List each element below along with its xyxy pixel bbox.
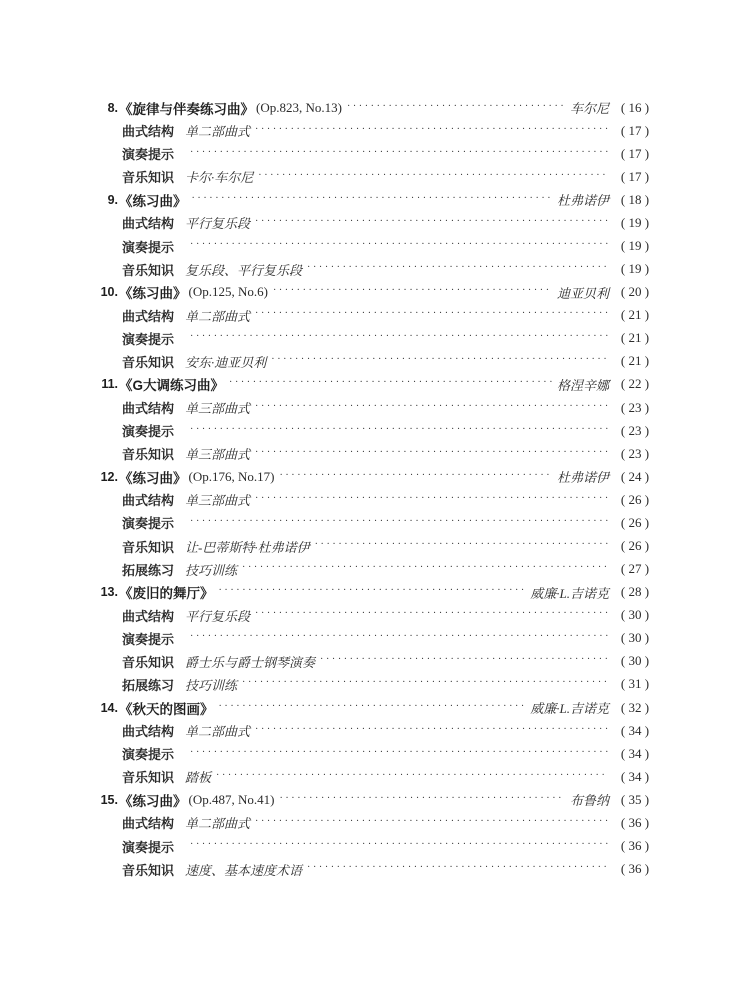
dot-leader	[190, 240, 608, 250]
subitem-value: 单二部曲式	[185, 813, 250, 832]
subitem-page: 17	[613, 123, 657, 139]
subitem-page: 26	[613, 492, 657, 508]
dot-leader	[242, 678, 608, 688]
toc-sub-row: 曲式结构单二部曲式21	[100, 304, 657, 327]
entry-opus: (Op.176, No.17)	[189, 469, 275, 485]
toc-sub-row: 曲式结构单二部曲式36	[100, 811, 657, 834]
dot-leader	[255, 448, 608, 458]
subitem-label: 曲式结构	[122, 121, 174, 140]
entry-opus: (Op.125, No.6)	[189, 284, 268, 300]
subitem-page: 31	[613, 676, 657, 692]
toc-sub-row: 拓展练习技巧训练31	[100, 673, 657, 696]
subitem-label: 演奏提示	[122, 329, 174, 348]
subitem-page: 17	[613, 169, 657, 185]
dot-leader	[190, 425, 608, 435]
subitem-page: 23	[613, 423, 657, 439]
toc-entry-row: 10.《练习曲》(Op.125, No.6)迪亚贝利20	[100, 281, 657, 304]
subitem-label: 曲式结构	[122, 213, 174, 232]
toc-sub-row: 演奏提示26	[100, 511, 657, 534]
entry-author: 车尔尼	[570, 98, 609, 117]
subitem-value: 平行复乐段	[185, 213, 250, 232]
toc-entry-row: 8.《旋律与伴奏练习曲》(Op.823, No.13)车尔尼16	[100, 96, 657, 119]
subitem-value: 技巧训练	[185, 560, 237, 579]
toc-entry-row: 15.《练习曲》(Op.487, No.41)布鲁纳35	[100, 788, 657, 811]
subitem-page: 19	[613, 238, 657, 254]
subitem-page: 36	[613, 815, 657, 831]
entry-title: 《秋天的图画》	[119, 698, 214, 718]
toc-sub-row: 演奏提示34	[100, 742, 657, 765]
subitem-page: 30	[613, 653, 657, 669]
subitem-value: 爵士乐与爵士钢琴演奏	[185, 652, 315, 671]
dot-leader	[190, 517, 608, 527]
entry-number: 12.	[100, 470, 118, 484]
dot-leader	[307, 863, 608, 873]
toc-sub-row: 曲式结构单二部曲式34	[100, 719, 657, 742]
subitem-value: 踏板	[185, 767, 211, 786]
subitem-label: 拓展练习	[122, 675, 174, 694]
toc-sub-row: 演奏提示17	[100, 142, 657, 165]
subitem-label: 曲式结构	[122, 721, 174, 740]
subitem-page: 36	[613, 861, 657, 877]
entry-title: 《废旧的舞厅》	[119, 582, 214, 602]
entry-author: 威廉·L.吉诺克	[530, 583, 609, 602]
dot-leader	[190, 632, 608, 642]
entry-number: 14.	[100, 701, 118, 715]
subitem-page: 23	[613, 400, 657, 416]
entry-page: 32	[613, 700, 657, 716]
entry-opus: (Op.487, No.41)	[189, 792, 275, 808]
toc-sub-row: 演奏提示19	[100, 234, 657, 257]
subitem-label: 曲式结构	[122, 490, 174, 509]
entry-number: 11.	[100, 377, 118, 391]
subitem-label: 音乐知识	[122, 352, 174, 371]
entry-page: 24	[613, 469, 657, 485]
dot-leader	[255, 494, 608, 504]
toc-sub-row: 音乐知识让-巴蒂斯特·杜弗诺伊26	[100, 534, 657, 557]
subitem-label: 拓展练习	[122, 560, 174, 579]
subitem-label: 音乐知识	[122, 652, 174, 671]
subitem-page: 34	[613, 769, 657, 785]
entry-title: 《练习曲》	[119, 790, 187, 810]
subitem-value: 单二部曲式	[185, 121, 250, 140]
subitem-value: 卡尔·车尔尼	[185, 167, 253, 186]
dot-leader	[347, 102, 565, 112]
subitem-page: 21	[613, 330, 657, 346]
toc-entry-row: 12.《练习曲》(Op.176, No.17)杜弗诺伊24	[100, 465, 657, 488]
entry-number: 8.	[100, 101, 118, 115]
subitem-label: 曲式结构	[122, 606, 174, 625]
entry-title: 《练习曲》	[119, 467, 187, 487]
subitem-page: 21	[613, 307, 657, 323]
entry-number: 10.	[100, 285, 118, 299]
book-page: 8.《旋律与伴奏练习曲》(Op.823, No.13)车尔尼16曲式结构单二部曲…	[0, 0, 750, 1000]
dot-leader	[192, 194, 552, 204]
toc-sub-row: 曲式结构单三部曲式26	[100, 488, 657, 511]
entry-author: 迪亚贝利	[557, 283, 609, 302]
subitem-label: 音乐知识	[122, 444, 174, 463]
subitem-page: 34	[613, 723, 657, 739]
toc-sub-row: 曲式结构单二部曲式17	[100, 119, 657, 142]
entry-author: 杜弗诺伊	[557, 467, 609, 486]
dot-leader	[255, 125, 608, 135]
subitem-value: 平行复乐段	[185, 606, 250, 625]
dot-leader	[307, 263, 608, 273]
subitem-value: 单三部曲式	[185, 490, 250, 509]
dot-leader	[273, 286, 552, 296]
toc-sub-row: 演奏提示21	[100, 327, 657, 350]
toc-sub-row: 拓展练习技巧训练27	[100, 558, 657, 581]
dot-leader	[255, 609, 608, 619]
dot-leader	[279, 794, 565, 804]
subitem-label: 音乐知识	[122, 537, 174, 556]
entry-title: 《G大调练习曲》	[119, 374, 224, 394]
toc-sub-row: 音乐知识速度、基本速度术语36	[100, 858, 657, 881]
entry-page: 18	[613, 192, 657, 208]
toc-entry-row: 14.《秋天的图画》威廉·L.吉诺克32	[100, 696, 657, 719]
toc-sub-row: 曲式结构平行复乐段30	[100, 604, 657, 627]
entry-page: 16	[613, 100, 657, 116]
entry-number: 13.	[100, 585, 118, 599]
dot-leader	[255, 217, 608, 227]
dot-leader	[255, 817, 608, 827]
entry-author: 威廉·L.吉诺克	[530, 698, 609, 717]
subitem-page: 21	[613, 353, 657, 369]
dot-leader	[190, 840, 608, 850]
dot-leader	[271, 355, 608, 365]
dot-leader	[190, 748, 608, 758]
toc-entry-row: 13.《废旧的舞厅》威廉·L.吉诺克28	[100, 581, 657, 604]
subitem-label: 演奏提示	[122, 837, 174, 856]
entry-author: 格涅辛娜	[557, 375, 609, 394]
toc-list: 8.《旋律与伴奏练习曲》(Op.823, No.13)车尔尼16曲式结构单二部曲…	[100, 96, 657, 881]
subitem-value: 技巧训练	[185, 675, 237, 694]
toc-sub-row: 音乐知识安东·迪亚贝利21	[100, 350, 657, 373]
dot-leader	[216, 771, 608, 781]
subitem-label: 演奏提示	[122, 237, 174, 256]
subitem-label: 曲式结构	[122, 813, 174, 832]
toc-sub-row: 音乐知识卡尔·车尔尼17	[100, 165, 657, 188]
dot-leader	[190, 332, 608, 342]
subitem-page: 36	[613, 838, 657, 854]
subitem-value: 复乐段、平行复乐段	[185, 260, 302, 279]
subitem-value: 安东·迪亚贝利	[185, 352, 266, 371]
subitem-label: 音乐知识	[122, 767, 174, 786]
subitem-page: 34	[613, 746, 657, 762]
subitem-label: 音乐知识	[122, 860, 174, 879]
entry-title: 《练习曲》	[119, 282, 187, 302]
toc-sub-row: 演奏提示36	[100, 835, 657, 858]
subitem-label: 音乐知识	[122, 260, 174, 279]
entry-page: 28	[613, 584, 657, 600]
dot-leader	[258, 171, 608, 181]
subitem-page: 23	[613, 446, 657, 462]
dot-leader	[279, 471, 552, 481]
toc-sub-row: 演奏提示23	[100, 419, 657, 442]
subitem-label: 演奏提示	[122, 513, 174, 532]
subitem-page: 30	[613, 607, 657, 623]
toc-entry-row: 11.《G大调练习曲》格涅辛娜22	[100, 373, 657, 396]
subitem-value: 让-巴蒂斯特·杜弗诺伊	[185, 537, 310, 556]
subitem-page: 19	[613, 215, 657, 231]
subitem-label: 曲式结构	[122, 306, 174, 325]
dot-leader	[229, 378, 552, 388]
dot-leader	[315, 540, 608, 550]
toc-sub-row: 音乐知识踏板34	[100, 765, 657, 788]
subitem-label: 演奏提示	[122, 144, 174, 163]
entry-opus: (Op.823, No.13)	[256, 100, 342, 116]
dot-leader	[255, 309, 608, 319]
entry-author: 杜弗诺伊	[557, 190, 609, 209]
subitem-label: 演奏提示	[122, 744, 174, 763]
entry-number: 9.	[100, 193, 118, 207]
entry-page: 35	[613, 792, 657, 808]
subitem-label: 曲式结构	[122, 398, 174, 417]
dot-leader	[190, 148, 608, 158]
subitem-label: 演奏提示	[122, 629, 174, 648]
subitem-page: 26	[613, 538, 657, 554]
subitem-page: 30	[613, 630, 657, 646]
subitem-value: 单三部曲式	[185, 444, 250, 463]
subitem-value: 速度、基本速度术语	[185, 860, 302, 879]
toc-sub-row: 曲式结构单三部曲式23	[100, 396, 657, 419]
dot-leader	[320, 655, 608, 665]
subitem-page: 17	[613, 146, 657, 162]
dot-leader	[219, 702, 526, 712]
entry-number: 15.	[100, 793, 118, 807]
entry-page: 20	[613, 284, 657, 300]
subitem-page: 19	[613, 261, 657, 277]
toc-sub-row: 音乐知识爵士乐与爵士钢琴演奏30	[100, 650, 657, 673]
toc-sub-row: 演奏提示30	[100, 627, 657, 650]
subitem-label: 演奏提示	[122, 421, 174, 440]
toc-sub-row: 曲式结构平行复乐段19	[100, 211, 657, 234]
entry-page: 22	[613, 376, 657, 392]
subitem-value: 单三部曲式	[185, 398, 250, 417]
subitem-page: 27	[613, 561, 657, 577]
toc-sub-row: 音乐知识复乐段、平行复乐段19	[100, 258, 657, 281]
subitem-page: 26	[613, 515, 657, 531]
subitem-label: 音乐知识	[122, 167, 174, 186]
dot-leader	[255, 402, 608, 412]
dot-leader	[242, 563, 608, 573]
entry-title: 《练习曲》	[119, 190, 187, 210]
dot-leader	[255, 725, 608, 735]
entry-author: 布鲁纳	[570, 790, 609, 809]
toc-sub-row: 音乐知识单三部曲式23	[100, 442, 657, 465]
subitem-value: 单二部曲式	[185, 306, 250, 325]
dot-leader	[219, 586, 526, 596]
entry-title: 《旋律与伴奏练习曲》	[119, 98, 254, 118]
toc-entry-row: 9.《练习曲》杜弗诺伊18	[100, 188, 657, 211]
subitem-value: 单二部曲式	[185, 721, 250, 740]
